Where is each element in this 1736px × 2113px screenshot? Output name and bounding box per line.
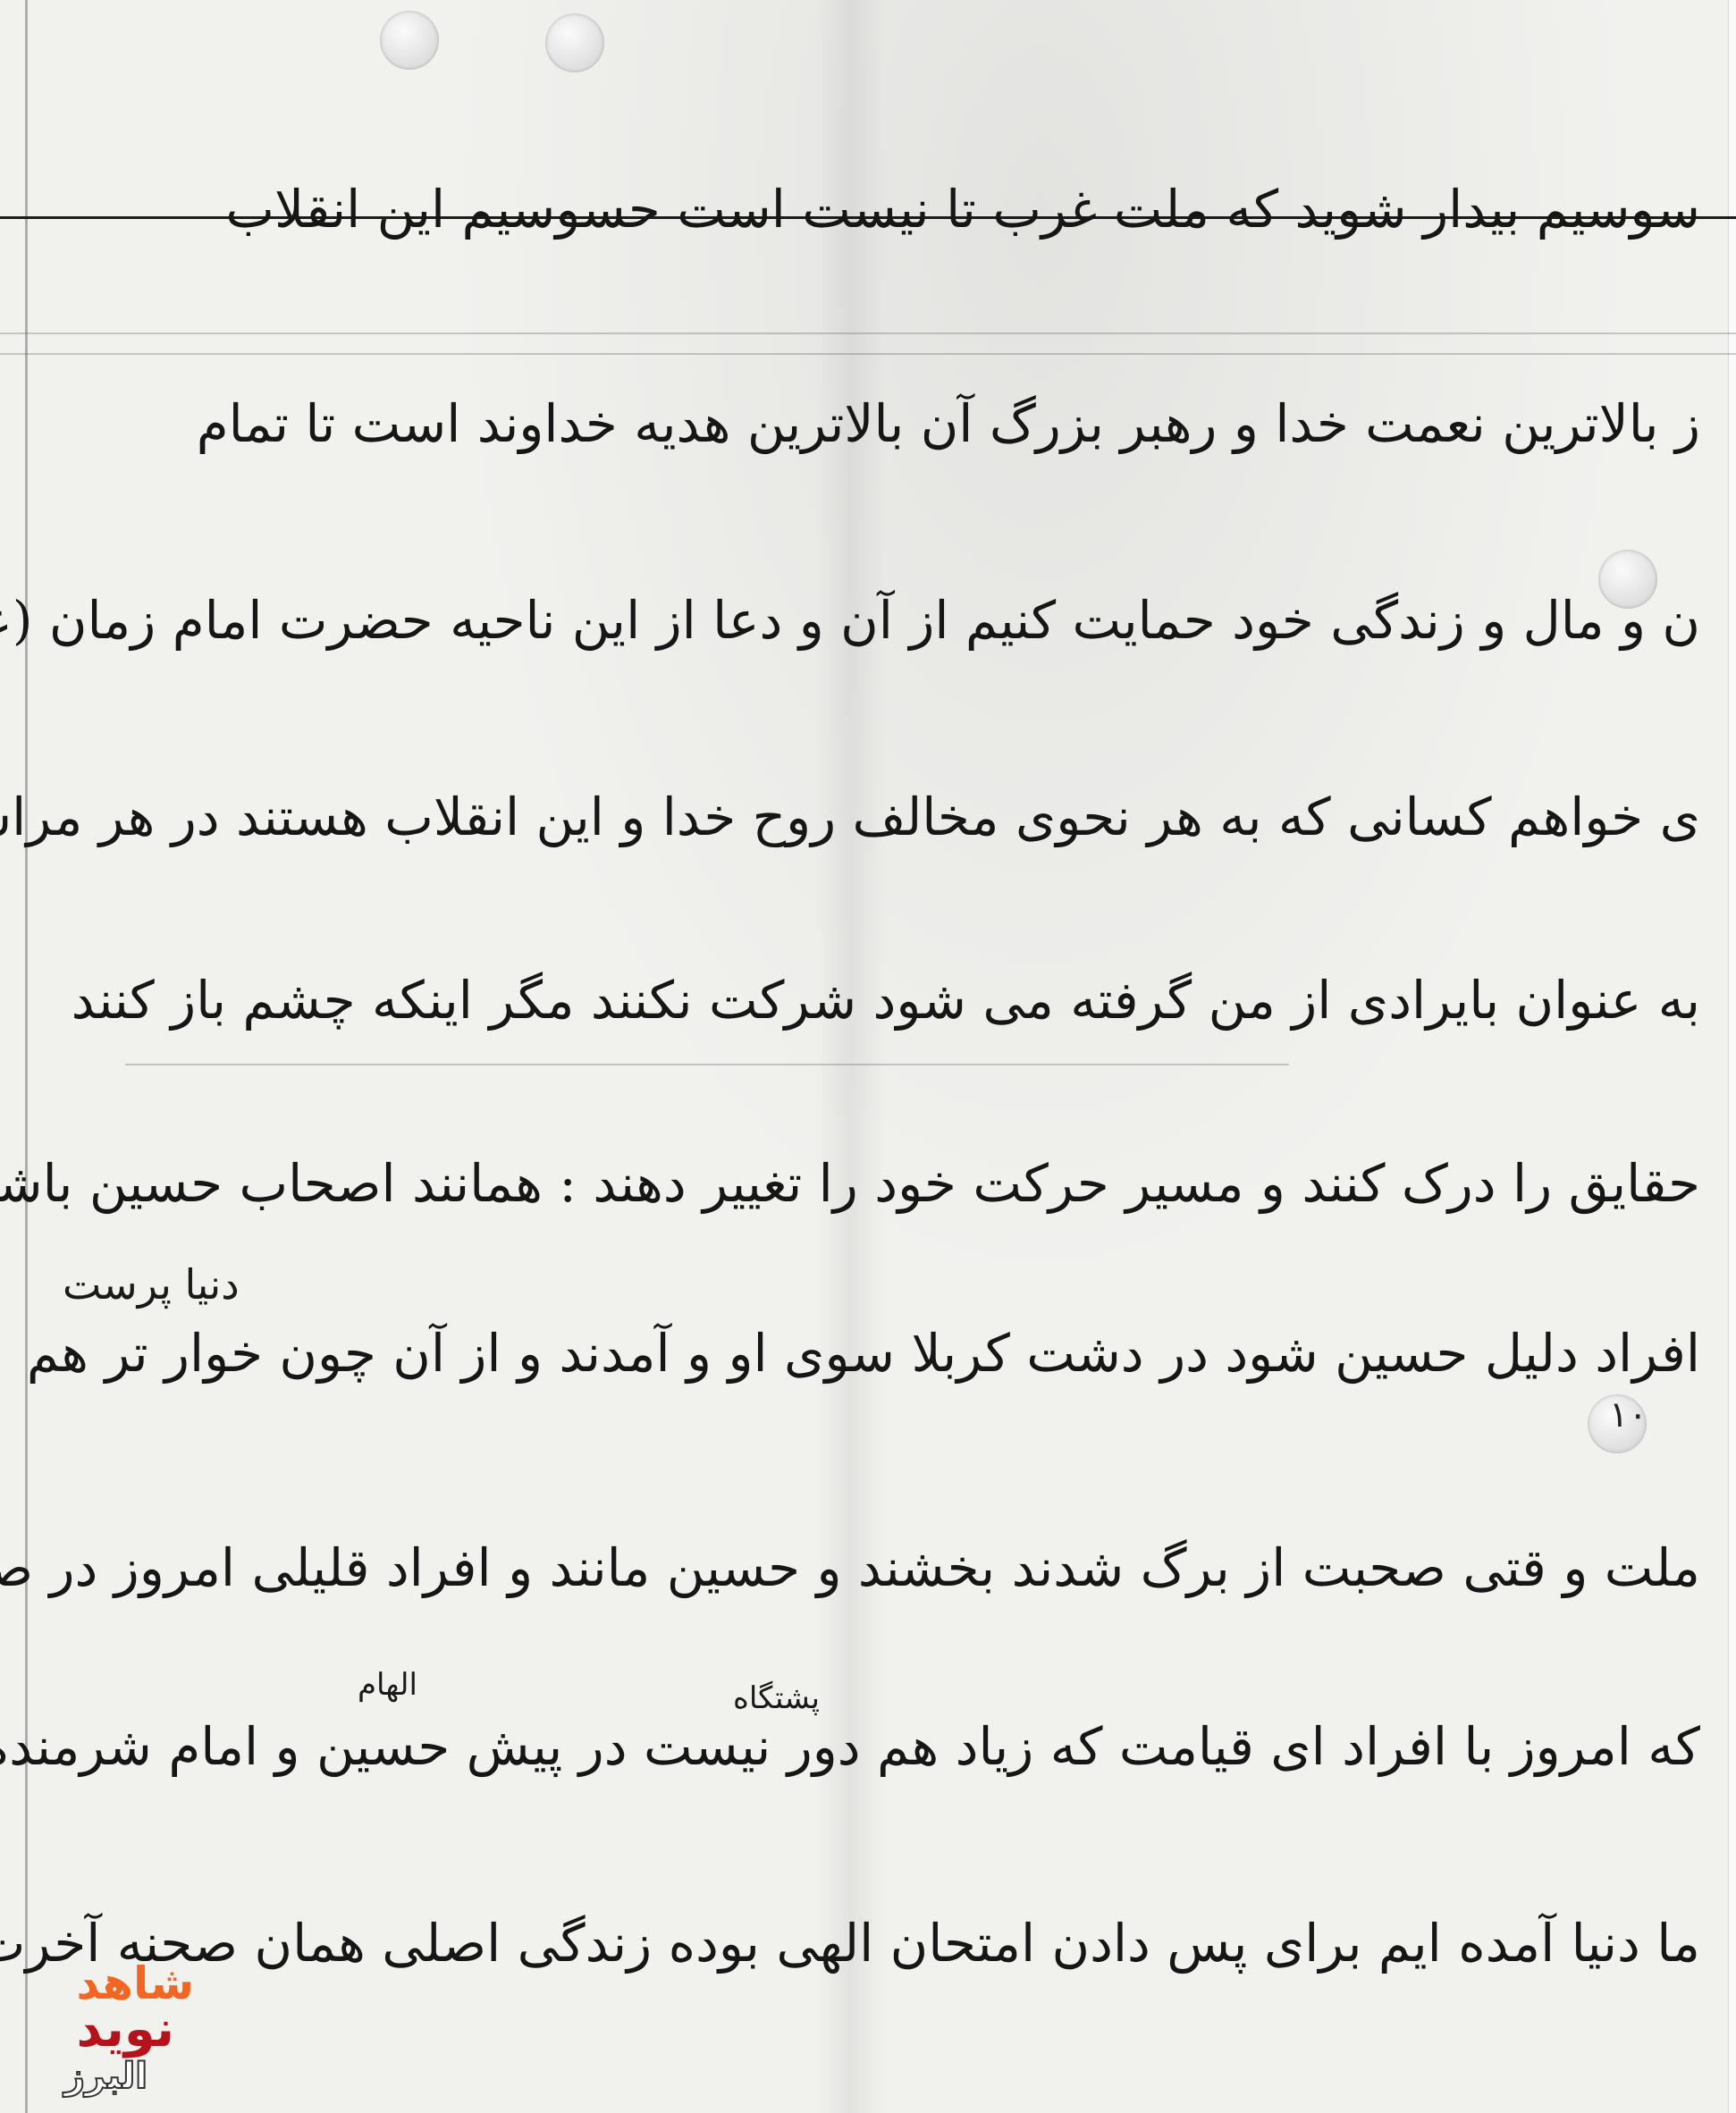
handwritten-line-8: ملت و قتی صحبت از برگ شدند بخشند و حسین …	[54, 1537, 1700, 1598]
ruled-line	[0, 333, 1736, 334]
handwritten-line-4: ی خواهم کسانی که به هر نحوی مخالف روح خد…	[54, 787, 1700, 847]
scanned-paper	[0, 0, 1736, 2113]
handwritten-line-5: به عنوان بایرادی از من گرفته می شود شرکت…	[54, 970, 1700, 1031]
above-line-note: الهام	[358, 1667, 417, 1703]
punch-hole	[545, 13, 604, 72]
handwritten-line-7: افراد دلیل حسین شود در دشت کربلا سوی او …	[54, 1323, 1700, 1384]
paper-edge	[1728, 0, 1736, 2113]
logo-text-alborz: البرز	[64, 2056, 147, 2097]
handwritten-line-1: سوسیم بیدار شوید که ملت غرب تا نیست است …	[54, 179, 1700, 240]
margin-line	[25, 0, 28, 2113]
logo-text-navid: نوید	[76, 2000, 174, 2058]
handwritten-line-9: که امروز با افراد ای قیامت که زیاد هم دو…	[54, 1716, 1700, 1777]
handwritten-line-6: حقایق را درک کنند و مسیر حرکت خود را تغی…	[54, 1153, 1700, 1214]
punch-hole	[380, 11, 439, 70]
page-number: ۱۰	[1609, 1394, 1648, 1435]
ruled-line	[0, 353, 1736, 355]
margin-insert-note: دنیا پرست	[63, 1260, 240, 1309]
handwritten-line-10: ما دنیا آمده ایم برای پس دادن امتحان اله…	[72, 1913, 1700, 1974]
handwritten-line-3: ن و مال و زندگی خود حمایت کنیم از آن و د…	[54, 590, 1700, 651]
handwritten-line-2: ز بالاترین نعمت خدا و رهبر بزرگ آن بالات…	[54, 393, 1700, 454]
watermark-logo: شاهد نوید البرز	[49, 1957, 201, 2105]
above-line-note: پشتگاه	[733, 1680, 820, 1716]
ruled-line	[125, 1064, 1289, 1065]
